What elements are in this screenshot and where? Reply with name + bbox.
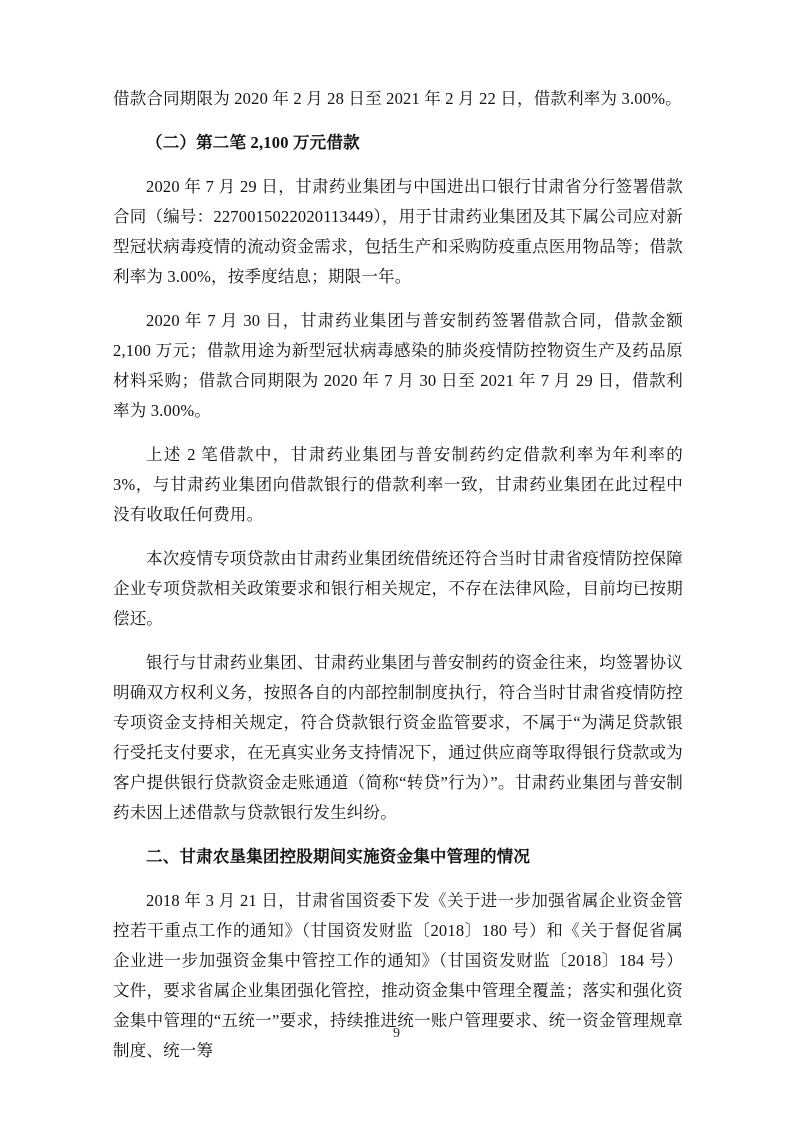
page-number: 9	[0, 1024, 793, 1044]
paragraph-fund-flow-note: 银行与甘肃药业集团、甘肃药业集团与普安制药的资金往来，均签署协议明确双方权利义务…	[113, 648, 683, 828]
document-page: 借款合同期限为 2020 年 2 月 28 日至 2021 年 2 月 22 日…	[0, 0, 793, 1122]
paragraph-compliance-note: 本次疫情专项贷款由甘肃药业集团统借统还符合当时甘肃省疫情防控保障企业专项贷款相关…	[113, 544, 683, 634]
paragraph-interest-rate-note: 上述 2 笔借款中，甘肃药业集团与普安制药约定借款利率为年利率的 3%，与甘肃药…	[113, 440, 683, 530]
paragraph-bank-loan-contract: 2020 年 7 月 29 日，甘肃药业集团与中国进出口银行甘肃省分行签署借款合…	[113, 172, 683, 292]
section-heading-second-loan: （二）第二笔 2,100 万元借款	[113, 128, 683, 158]
paragraph-loan-term: 借款合同期限为 2020 年 2 月 28 日至 2021 年 2 月 22 日…	[113, 84, 683, 114]
document-body: 借款合同期限为 2020 年 2 月 28 日至 2021 年 2 月 22 日…	[113, 84, 683, 1080]
section-heading-fund-management: 二、甘肃农垦集团控股期间实施资金集中管理的情况	[113, 842, 683, 872]
paragraph-puan-loan-contract: 2020 年 7 月 30 日，甘肃药业集团与普安制药签署借款合同，借款金额 2…	[113, 306, 683, 426]
